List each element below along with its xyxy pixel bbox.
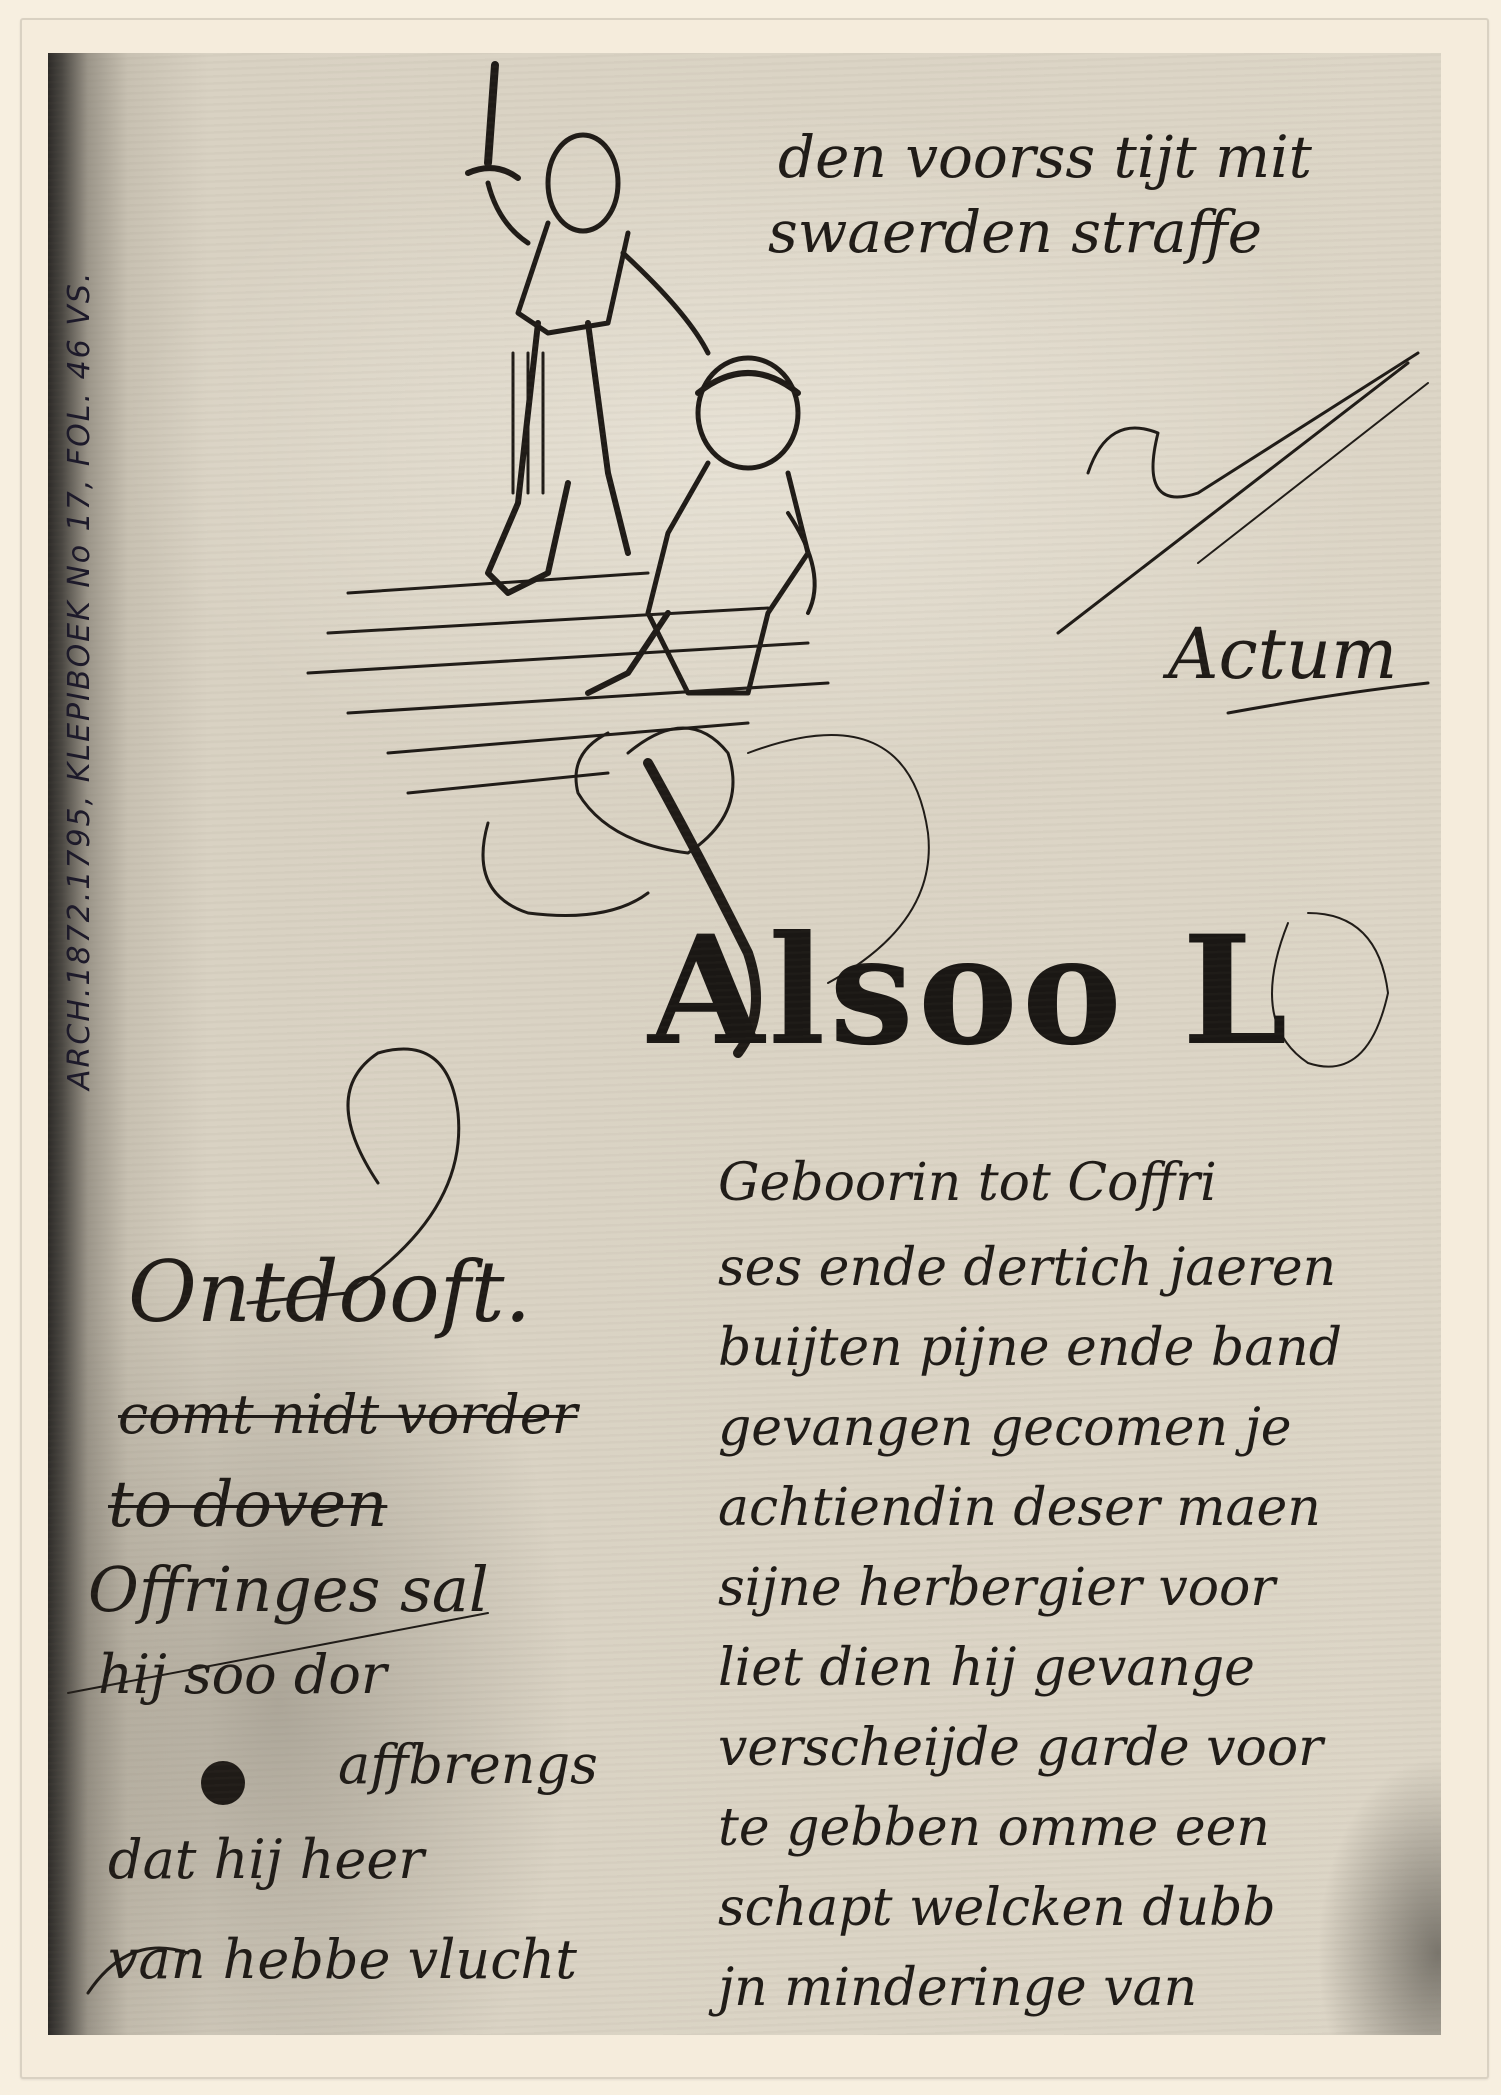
body-line: schapt welcken dubb [718, 1878, 1276, 1938]
body-line: te gebben omme een [718, 1798, 1270, 1858]
body-line: gevangen gecomen je [718, 1398, 1292, 1458]
body-line: ses ende dertich jaeren [718, 1238, 1336, 1298]
body-line: buijten pijne ende band [718, 1318, 1342, 1378]
header-line-2: swaerden straffe [768, 198, 1262, 266]
archival-reference-label: ARCH.1872.1795, KLEPIBOEK No 17, FOL. 46… [62, 271, 97, 1090]
body-line: achtiendin deser maen [718, 1478, 1321, 1538]
body-line: liet dien hij gevange [718, 1638, 1255, 1698]
margin-note-line: affbrengs [338, 1733, 598, 1796]
margin-note-line: comt nidt vorder [118, 1383, 577, 1446]
actum-heading: Actum [1168, 613, 1397, 695]
margin-note-line: to doven [108, 1468, 387, 1542]
decorated-heading: Alsoo L [648, 903, 1292, 1079]
body-line: Geboorin tot Coffri [718, 1153, 1217, 1213]
body-line: verscheijde garde voor [718, 1718, 1323, 1778]
margin-note-line: dat hij heer [108, 1828, 424, 1891]
margin-note-line: van hebbe vlucht [108, 1928, 577, 1991]
body-line: sijne herbergier voor [718, 1558, 1275, 1618]
margin-note-line: Offringes sal [88, 1553, 489, 1626]
margin-note-line: hij soo dor [98, 1643, 387, 1706]
body-line: jn minderinge van [718, 1958, 1197, 2018]
manuscript-photograph: den voorss tijt mit swaerden straffe Act… [48, 53, 1441, 2035]
header-line-1: den voorss tijt mit [778, 123, 1312, 191]
margin-note-heading: Ontdooft. [128, 1243, 531, 1341]
